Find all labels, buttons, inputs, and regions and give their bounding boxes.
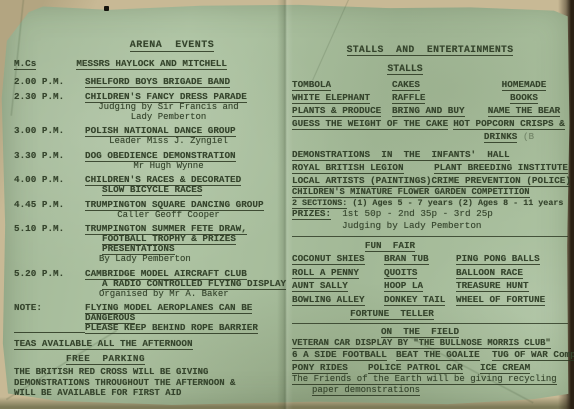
stall-item-text: BOOKS [510, 92, 538, 104]
friends-of-earth-line1-wrap: The Friends of the Earth will be giving … [292, 374, 568, 385]
guess-weight-stall: GUESS THE WEIGHT OF THE CAKE [292, 119, 448, 130]
scanned-programme: ARENA EVENTS M.Cs MESSRS HAYLOCK AND MIT… [0, 0, 574, 409]
schedule-event: CAMBRIDGE MODEL AIRCRAFT CLUBA RADIO CON… [85, 269, 286, 299]
fun-fair-list: COCONUT SHIESBRAN TUBPING PONG BALLSROLL… [292, 254, 568, 305]
stalls-heading: STALLS [292, 63, 568, 74]
event-subtext: Judging by Sir Francis and [85, 102, 280, 112]
sections-detail: (1) Ages 5 - 7 years (2) Ages 8 - 11 yea… [347, 198, 563, 208]
section-divider [292, 323, 568, 324]
event-title-line: SLOW BICYCLE RACES [102, 185, 280, 195]
stall-item: CAKES [392, 80, 480, 90]
schedule-time: 4.00 P.M. [14, 175, 85, 195]
schedule-time: 3.00 P.M. [14, 126, 85, 146]
drinks-stall: DRINKS (B [450, 131, 568, 142]
event-subtext: By Lady Pemberton [99, 254, 280, 264]
fun-fair-row: AUNT SALLYHOOP LATREASURE HUNT [292, 281, 568, 291]
flower-competition: CHILDREN'S MINATURE FLOWER GARDEN COMPET… [292, 187, 568, 198]
field-row: PONY RIDESPOLICE PATROL CARICE CREAM [292, 362, 568, 374]
schedule-list: 2.00 P.M.SHELFORD BOYS BRIGADE BAND2.30 … [14, 77, 280, 333]
fortune-teller-item: FORTUNE TELLER [292, 308, 568, 319]
teas-note: TEAS AVAILABLE ALL THE AFTERNOON [14, 338, 280, 349]
prizes-label: PRIZES: [292, 208, 331, 220]
fun-fair-item-text: ROLL A PENNY [292, 267, 359, 279]
mc-row: M.Cs MESSRS HAYLOCK AND MITCHELL [14, 58, 280, 70]
friends-of-earth-note: The Friends of the Earth will be giving … [292, 374, 568, 395]
popcorn-stall-line1: HOT POPCORN CRISPS & [453, 118, 565, 130]
schedule-time: 5.10 P.M. [14, 224, 85, 264]
stalls-entertainments-title-text: STALLS AND ENTERTAINMENTS [347, 44, 514, 56]
mc-label: M.Cs [14, 58, 36, 70]
fun-fair-item: QUOITS [384, 268, 456, 278]
event-title-line: PLEASE KEEP BEHIND ROPE BARRIER [85, 323, 280, 333]
field-row: 6 A SIDE FOOTBALLBEAT THE GOALIETUG OF W… [292, 349, 568, 361]
schedule-event: DOG OBEDIENCE DEMONSTRATIONMr Hugh Wynne [85, 151, 280, 171]
flower-competition-text: CHILDREN'S MINATURE FLOWER GARDEN COMPET… [292, 187, 530, 198]
free-parking-note: FREE PARKING [66, 353, 280, 364]
event-title-text: CHILDREN'S FANCY DRESS PARADE [85, 91, 247, 103]
judging-note: Judging by Lady Pemberton [342, 220, 568, 232]
schedule-row: 2.30 P.M.CHILDREN'S FANCY DRESS PARADEJu… [14, 92, 280, 122]
friends-of-earth-line2: paper demonstrations [312, 385, 420, 396]
red-cross-line: THE BRITISH RED CROSS WILL BE GIVING [14, 367, 280, 378]
demonstration-item: PLANT BREEDING INSTITUTE [434, 161, 568, 174]
field-item: TUG OF WAR Comp. [492, 349, 574, 361]
fun-fair-item-text: BOWLING ALLEY [292, 294, 365, 306]
stall-item-text: TOMBOLA [292, 79, 331, 91]
stall-item-text: HOMEMADE [502, 79, 547, 91]
stall-item-text: PLANTS & PRODUCE [292, 105, 381, 117]
event-title-text: SHELFORD BOYS BRIGADE BAND [85, 76, 230, 88]
demonstration-item: CRIME PREVENTION (POLICE) [431, 174, 570, 187]
veteran-car-text: VETERAN CAR DISPLAY BY "THE BULLNOSE MOR… [292, 338, 551, 349]
veteran-car-item: VETERAN CAR DISPLAY BY "THE BULLNOSE MOR… [292, 337, 568, 349]
red-cross-note: THE BRITISH RED CROSS WILL BE GIVINGDEMO… [14, 367, 280, 399]
stall-item: TOMBOLA [292, 80, 392, 90]
fun-fair-item-text: AUNT SALLY [292, 280, 348, 292]
fun-fair-item: AUNT SALLY [292, 281, 384, 291]
schedule-row: NOTE:FLYING MODEL AEROPLANES CAN BEDANGE… [14, 303, 280, 333]
staple-hole-dot [104, 6, 109, 11]
friends-of-earth-line2-wrap: paper demonstrations [312, 385, 568, 396]
schedule-event: SHELFORD BOYS BRIGADE BAND [85, 77, 280, 87]
fun-fair-item: BRAN TUB [384, 254, 456, 264]
stall-item-text: WHITE ELEPHANT [292, 92, 370, 104]
demonstration-item: ROYAL BRITISH LEGION [292, 161, 404, 174]
fun-fair-item: DONKEY TAIL [384, 295, 456, 305]
field-item-text: PONY RIDES [292, 362, 348, 374]
demonstration-row: ROYAL BRITISH LEGIONPLANT BREEDING INSTI… [292, 161, 568, 174]
fun-fair-item: WHEEL OF FORTUNE [456, 295, 568, 305]
event-title-line: CHILDREN'S FANCY DRESS PARADE [85, 92, 280, 102]
schedule-event: CHILDREN'S RACES & DECORATEDSLOW BICYCLE… [85, 175, 280, 195]
judging-note-text: Judging by Lady Pemberton [342, 220, 481, 231]
field-item: POLICE PATROL CAR [368, 362, 480, 374]
schedule-row: 5.20 P.M.CAMBRIDGE MODEL AIRCRAFT CLUBA … [14, 269, 280, 299]
event-subtext: Caller Geoff Cooper [85, 210, 280, 220]
stall-item-text: CAKES [392, 79, 420, 91]
fun-fair-item-text: BALLOON RACE [456, 267, 523, 279]
schedule-event: CHILDREN'S FANCY DRESS PARADEJudging by … [85, 92, 280, 122]
event-title-line: PRESENTATIONS [102, 244, 280, 254]
fun-fair-item-text: DONKEY TAIL [384, 294, 445, 306]
stall-row: WHITE ELEPHANTRAFFLEBOOKS [292, 93, 568, 103]
fun-fair-item: ROLL A PENNY [292, 268, 384, 278]
fun-fair-item: COCONUT SHIES [292, 254, 384, 264]
stall-item: RAFFLE [392, 93, 480, 103]
fun-fair-item-text: PING PONG BALLS [456, 253, 540, 265]
stall-item: PLANTS & PRODUCE [292, 106, 392, 116]
schedule-row: 3.30 P.M.DOG OBEDIENCE DEMONSTRATIONMr H… [14, 151, 280, 171]
field-item-text: ICE CREAM [480, 362, 530, 374]
schedule-time: NOTE: [14, 303, 85, 333]
demonstration-item-text: LOCAL ARTISTS (PAINTINGS) [292, 175, 431, 187]
arena-events-page: ARENA EVENTS M.Cs MESSRS HAYLOCK AND MIT… [14, 40, 280, 399]
stalls-heading-text: STALLS [387, 63, 422, 75]
stall-item-text: NAME THE BEAR [488, 105, 561, 117]
teas-note-text: TEAS AVAILABLE ALL THE AFTERNOON [14, 338, 193, 350]
fun-fair-heading-text: FUN FAIR [365, 240, 415, 252]
fun-fair-item-text: COCONUT SHIES [292, 253, 365, 265]
field-item: BEAT THE GOALIE [396, 349, 492, 361]
schedule-time: 5.20 P.M. [14, 269, 85, 299]
schedule-event: POLISH NATIONAL DANCE GROUPLeader Miss J… [85, 126, 280, 146]
stall-item: WHITE ELEPHANT [292, 93, 392, 103]
field-item: ICE CREAM [480, 362, 568, 374]
event-title-line: CAMBRIDGE MODEL AIRCRAFT CLUB [85, 269, 286, 279]
field-item: PONY RIDES [292, 362, 368, 374]
fun-fair-item-text: HOOP LA [384, 280, 423, 292]
section-divider [292, 236, 568, 237]
event-title-line: TRUMPINGTON SQUARE DANCING GROUP [85, 200, 280, 210]
event-subtext: Lady Pemberton [85, 112, 280, 122]
fun-fair-heading: FUN FAIR [292, 240, 568, 251]
spacer [292, 131, 298, 142]
red-cross-line: WILL BE AVAILABLE FOR FIRST AID [14, 388, 280, 399]
field-item-text: TUG OF WAR Comp. [492, 349, 574, 361]
fun-fair-item-text: WHEEL OF FORTUNE [456, 294, 545, 306]
demonstration-item-text: PLANT BREEDING INSTITUTE [434, 162, 568, 174]
demonstration-item: LOCAL ARTISTS (PAINTINGS) [292, 174, 431, 187]
stall-item: NAME THE BEAR [480, 106, 568, 116]
event-subtext: Leader Miss J. Zyngiel [85, 136, 280, 146]
stall-item: BOOKS [480, 93, 568, 103]
stall-item: BRING AND BUY [392, 106, 480, 116]
friends-of-earth-line1: The Friends of the Earth will be giving … [292, 374, 557, 385]
demonstration-row: LOCAL ARTISTS (PAINTINGS)CRIME PREVENTIO… [292, 174, 568, 187]
fun-fair-item: TREASURE HUNT [456, 281, 568, 291]
stalls-entertainments-page: STALLS AND ENTERTAINMENTS STALLS TOMBOLA… [292, 44, 568, 395]
event-title-text: TRUMPINGTON SQUARE DANCING GROUP [85, 199, 264, 211]
illegible-edge-fragment: (B [523, 131, 534, 142]
event-subtext: Mr Hugh Wynne [85, 161, 280, 171]
arena-events-title: ARENA EVENTS [14, 40, 280, 51]
competition-sections: 2 SECTIONS: (1) Ages 5 - 7 years (2) Age… [292, 198, 568, 208]
demonstrations-heading: DEMONSTRATIONS IN THE INFANTS' HALL [292, 149, 568, 161]
red-cross-line: DEMONSTRATIONS THROUGHOUT THE AFTERNOON … [14, 378, 280, 389]
schedule-row: 3.00 P.M.POLISH NATIONAL DANCE GROUPLead… [14, 126, 280, 146]
competition-prizes: PRIZES: 1st 50p - 2nd 35p - 3rd 25p [292, 208, 568, 220]
on-the-field-heading: ON THE FIELD [292, 326, 568, 337]
field-item-text: 6 A SIDE FOOTBALL [292, 349, 387, 361]
drinks-row: DRINKS (B [292, 131, 568, 142]
fun-fair-row: ROLL A PENNYQUOITSBALLOON RACE [292, 268, 568, 278]
fun-fair-item: BOWLING ALLEY [292, 295, 384, 305]
fun-fair-item-text: QUOITS [384, 267, 417, 279]
stall-item: HOMEMADE [480, 80, 568, 90]
field-item: 6 A SIDE FOOTBALL [292, 349, 396, 361]
stalls-wide-row: GUESS THE WEIGHT OF THE CAKE HOT POPCORN… [292, 119, 568, 130]
demonstration-item-text: CRIME PREVENTION (POLICE) [431, 175, 570, 187]
schedule-row: 4.00 P.M.CHILDREN'S RACES & DECORATEDSLO… [14, 175, 280, 195]
schedule-row: 5.10 P.M.TRUMPINGTON SUMMER FETE DRAW,FO… [14, 224, 280, 264]
prizes-detail: 1st 50p - 2nd 35p - 3rd 25p [331, 208, 493, 219]
event-title-line: SHELFORD BOYS BRIGADE BAND [85, 77, 280, 87]
event-title-text: SLOW BICYCLE RACES [102, 184, 202, 196]
stall-row: PLANTS & PRODUCEBRING AND BUYNAME THE BE… [292, 106, 568, 116]
fun-fair-row: COCONUT SHIESBRAN TUBPING PONG BALLS [292, 254, 568, 264]
schedule-event: TRUMPINGTON SQUARE DANCING GROUPCaller G… [85, 200, 280, 220]
field-item-text: POLICE PATROL CAR [368, 362, 463, 374]
event-title-text: PLEASE KEEP BEHIND ROPE BARRIER [85, 322, 258, 334]
schedule-event: FLYING MODEL AEROPLANES CAN BEDANGEROUSP… [85, 303, 280, 333]
fun-fair-item: PING PONG BALLS [456, 254, 568, 264]
event-title-line: POLISH NATIONAL DANCE GROUP [85, 126, 280, 136]
schedule-time: 4.45 P.M. [14, 200, 85, 220]
event-subtext: Organised by Mr A. Baker [99, 289, 286, 299]
schedule-event: TRUMPINGTON SUMMER FETE DRAW,FOOTBALL TR… [85, 224, 280, 264]
mc-names: MESSRS HAYLOCK AND MITCHELL [76, 58, 227, 70]
stalls-list: TOMBOLACAKESHOMEMADEWHITE ELEPHANTRAFFLE… [292, 80, 568, 116]
arena-events-title-text: ARENA EVENTS [130, 40, 215, 52]
demonstrations-heading-text: DEMONSTRATIONS IN THE INFANTS' HALL [292, 149, 510, 161]
schedule-time: 2.00 P.M. [14, 77, 85, 87]
free-parking-text: FREE PARKING [66, 353, 145, 365]
fun-fair-item-text: TREASURE HUNT [456, 280, 529, 292]
event-title-line: DOG OBEDIENCE DEMONSTRATION [85, 151, 280, 161]
stall-item-text: RAFFLE [392, 92, 425, 104]
event-title-text: A RADIO CONTROLLED FLYING DISPLAY [102, 278, 286, 290]
schedule-time: 3.30 P.M. [14, 151, 85, 171]
stall-item-text: BRING AND BUY [392, 105, 465, 117]
stalls-entertainments-title: STALLS AND ENTERTAINMENTS [292, 44, 568, 55]
schedule-row: 2.00 P.M.SHELFORD BOYS BRIGADE BAND [14, 77, 280, 87]
event-title-text: DOG OBEDIENCE DEMONSTRATION [85, 150, 236, 162]
popcorn-stall: HOT POPCORN CRISPS & [450, 119, 568, 130]
schedule-row: 4.45 P.M.TRUMPINGTON SQUARE DANCING GROU… [14, 200, 280, 220]
demonstrations-list: ROYAL BRITISH LEGIONPLANT BREEDING INSTI… [292, 161, 568, 187]
event-title-line: A RADIO CONTROLLED FLYING DISPLAY [102, 279, 286, 289]
fun-fair-item: BALLOON RACE [456, 268, 568, 278]
schedule-time: 2.30 P.M. [14, 92, 85, 122]
demonstration-item-text: ROYAL BRITISH LEGION [292, 162, 404, 174]
fun-fair-row: BOWLING ALLEYDONKEY TAILWHEEL OF FORTUNE [292, 295, 568, 305]
drinks-text: DRINKS [484, 131, 517, 143]
fun-fair-item: HOOP LA [384, 281, 456, 291]
fortune-teller-text: FORTUNE TELLER [350, 308, 434, 320]
fun-fair-item-text: BRAN TUB [384, 253, 429, 265]
stall-row: TOMBOLACAKESHOMEMADE [292, 80, 568, 90]
field-item-text: BEAT THE GOALIE [396, 349, 480, 361]
